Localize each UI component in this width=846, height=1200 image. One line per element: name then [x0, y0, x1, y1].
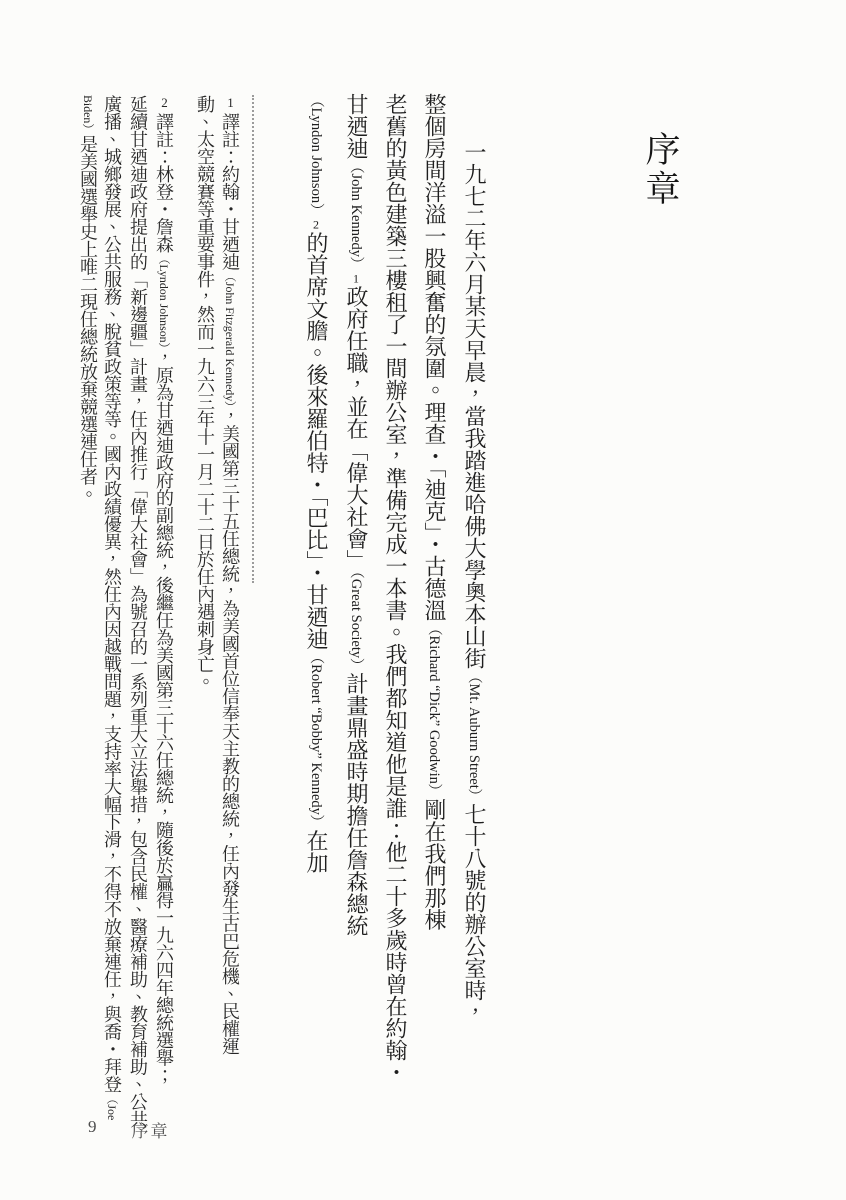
text-segment: 譯註：約翰・甘迺迪 — [220, 113, 240, 271]
footnote-1-column-1: 1譯註：約翰・甘迺迪（John Fitzgerald Kennedy），美國第三… — [218, 95, 242, 1080]
page-number: 9 — [88, 1117, 99, 1142]
latin-text-segment: （Lyndon Johnson） — [157, 253, 171, 349]
page-footer: 9 序章 — [88, 1117, 170, 1142]
footnote-2-column-1: 2譯註：林登・詹森（Lyndon Johnson），原為甘迺迪政府的副總統，後繼… — [152, 95, 176, 1080]
footnote-1-column-2: 動、太空競賽等重要事件，然而一九六三年十一月二十二日於任內遇刺身亡。 — [193, 95, 217, 1080]
footnotes-area: 1譯註：約翰・甘迺迪（John Fitzgerald Kennedy），美國第三… — [0, 0, 846, 1200]
footnote-number: 1 — [223, 95, 238, 113]
footnote-2-column-4: Biden）是美國選舉史上唯二現任總統放棄競選連任者。 — [76, 95, 100, 1080]
text-segment: 是美國選舉史上唯二現任總統放棄競選連任者。 — [78, 135, 98, 503]
text-segment: 延續甘迺迪政府提出的「新邊疆」計畫，任內推行「偉大社會」為號召的一系列重大立法舉… — [128, 95, 148, 1128]
text-segment: ，原為甘迺迪政府的副總統，後繼任為美國第三十六任總統，隨後於贏得一九六四年總統選… — [154, 349, 174, 1084]
latin-text-segment: Biden） — [81, 95, 95, 135]
footnote-2-column-2: 延續甘迺迪政府提出的「新邊疆」計畫，任內推行「偉大社會」為號召的一系列重大立法舉… — [126, 95, 150, 1080]
footer-chapter-label: 序章 — [132, 1117, 170, 1142]
text-segment: 廣播、城鄉發展、公共服務、脫貧政策等等。國內政績優異，然任內因越戰問題，支持率大… — [102, 95, 122, 1093]
text-segment: ，美國第三十五任總統，為美國首位信奉天主教的總統，任內發生古巴危機、民權運 — [220, 407, 240, 1055]
footnote-2-column-3: 廣播、城鄉發展、公共服務、脫貧政策等等。國內政績優異，然任內因越戰問題，支持率大… — [100, 95, 124, 1080]
text-segment: 動、太空競賽等重要事件，然而一九六三年十一月二十二日於任內遇刺身亡。 — [195, 95, 215, 690]
footnote-number: 2 — [157, 95, 172, 113]
book-page: 序章 一九七二年六月某天早晨，當我踏進哈佛大學奧本山街（Mt. Auburn S… — [0, 0, 846, 1200]
text-segment: 譯註：林登・詹森 — [154, 113, 174, 253]
latin-text-segment: （John Fitzgerald Kennedy） — [223, 270, 237, 407]
